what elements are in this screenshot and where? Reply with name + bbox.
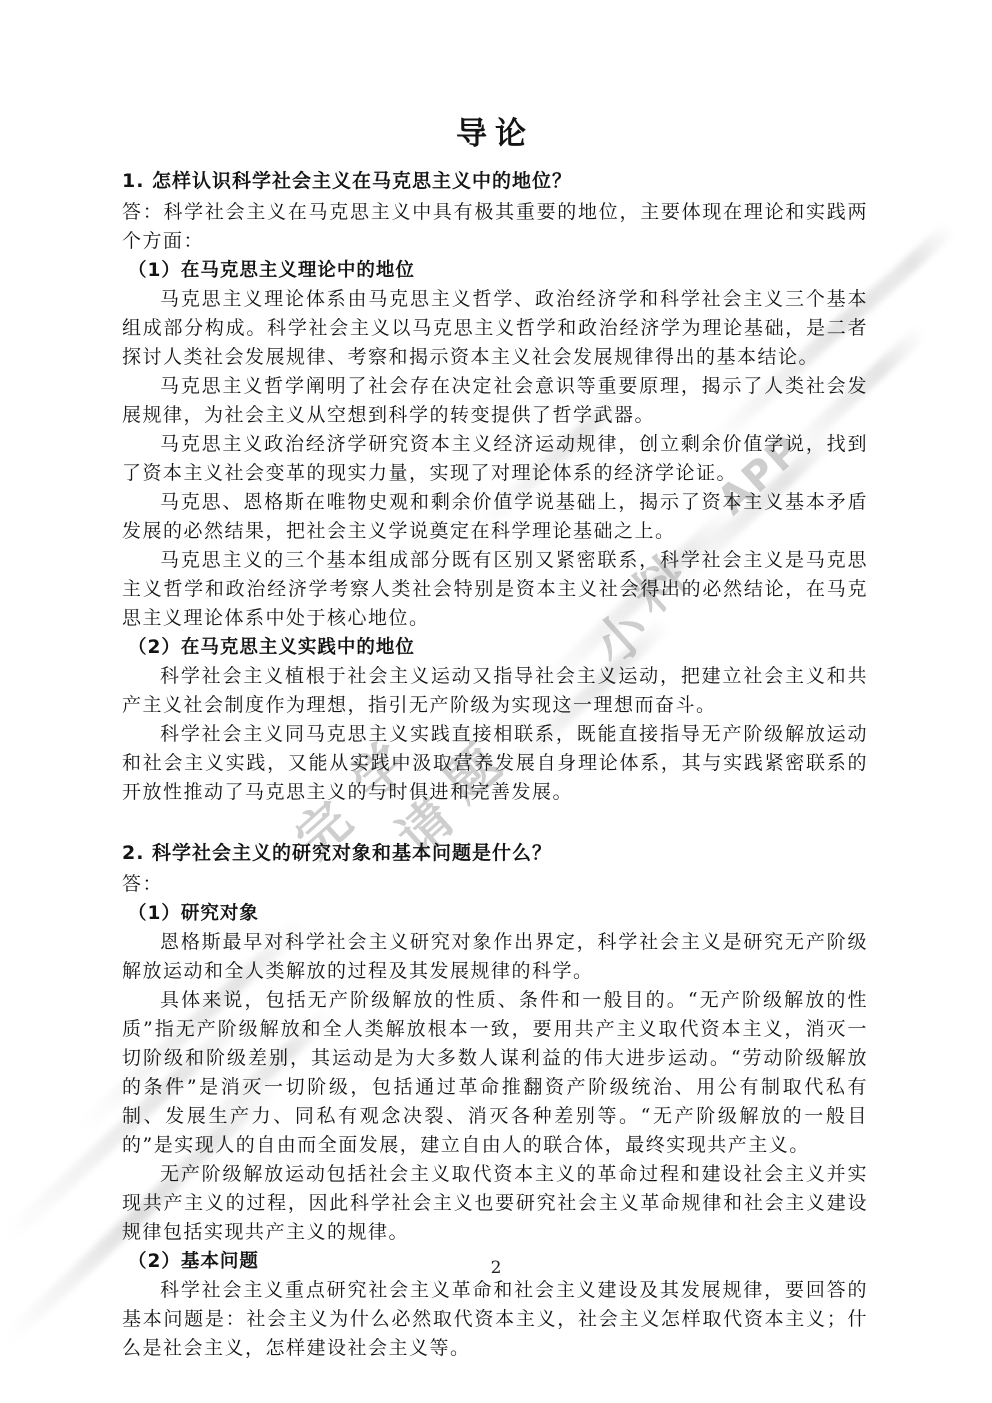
answer-paragraph: 马克思主义理论体系由马克思主义哲学、政治经济学和科学社会主义三个基本组成部分构成… <box>122 285 868 372</box>
q1-section-2-heading: （2）在马克思主义实践中的地位 <box>122 633 868 662</box>
answer-intro: 答：科学社会主义在马克思主义中具有极其重要的地位，主要体现在理论和实践两个方面： <box>122 198 868 256</box>
answer-paragraph: 科学社会主义同马克思主义实践直接相联系，既能直接指导无产阶级解放运动和社会主义实… <box>122 720 868 807</box>
answer-paragraph: 马克思主义政治经济学研究资本主义经济运动规律，创立剩余价值学说，找到了资本主义社… <box>122 430 868 488</box>
answer-paragraph: 马克思主义哲学阐明了社会存在决定社会意识等重要原理，揭示了人类社会发展规律，为社… <box>122 372 868 430</box>
document-page: 学 题 完 请 小 料 APP 导论 1. 怎样认识科学社会主义在马克思主义中的… <box>0 0 992 1403</box>
answer-intro: 答： <box>122 870 868 899</box>
q1-section-1-heading: （1）在马克思主义理论中的地位 <box>122 256 868 285</box>
answer-paragraph: 马克思主义的三个基本组成部分既有区别又紧密联系，科学社会主义是马克思主义哲学和政… <box>122 546 868 633</box>
answer-paragraph: 恩格斯最早对科学社会主义研究对象作出界定，科学社会主义是研究无产阶级解放运动和全… <box>122 928 868 986</box>
page-title: 导论 <box>122 108 868 153</box>
answer-paragraph: 马克思、恩格斯在唯物史观和剩余价值学说基础上，揭示了资本主义基本矛盾发展的必然结… <box>122 488 868 546</box>
answer-paragraph: 具体来说，包括无产阶级解放的性质、条件和一般目的。“无产阶级解放的性质”指无产阶… <box>122 986 868 1160</box>
answer-paragraph: 科学社会主义重点研究社会主义革命和社会主义建设及其发展规律，要回答的基本问题是：… <box>122 1276 868 1363</box>
answer-paragraph: 科学社会主义植根于社会主义运动又指导社会主义运动，把建立社会主义和共产主义社会制… <box>122 662 868 720</box>
q2-section-1-heading: （1）研究对象 <box>122 899 868 928</box>
answer-paragraph: 无产阶级解放运动包括社会主义取代资本主义的革命过程和建设社会主义并实现共产主义的… <box>122 1160 868 1247</box>
page-content: 导论 1. 怎样认识科学社会主义在马克思主义中的地位？ 答：科学社会主义在马克思… <box>0 0 992 1363</box>
question-1-heading: 1. 怎样认识科学社会主义在马克思主义中的地位？ <box>122 167 868 196</box>
question-2-heading: 2. 科学社会主义的研究对象和基本问题是什么？ <box>122 839 868 868</box>
page-number: 2 <box>0 1258 992 1278</box>
